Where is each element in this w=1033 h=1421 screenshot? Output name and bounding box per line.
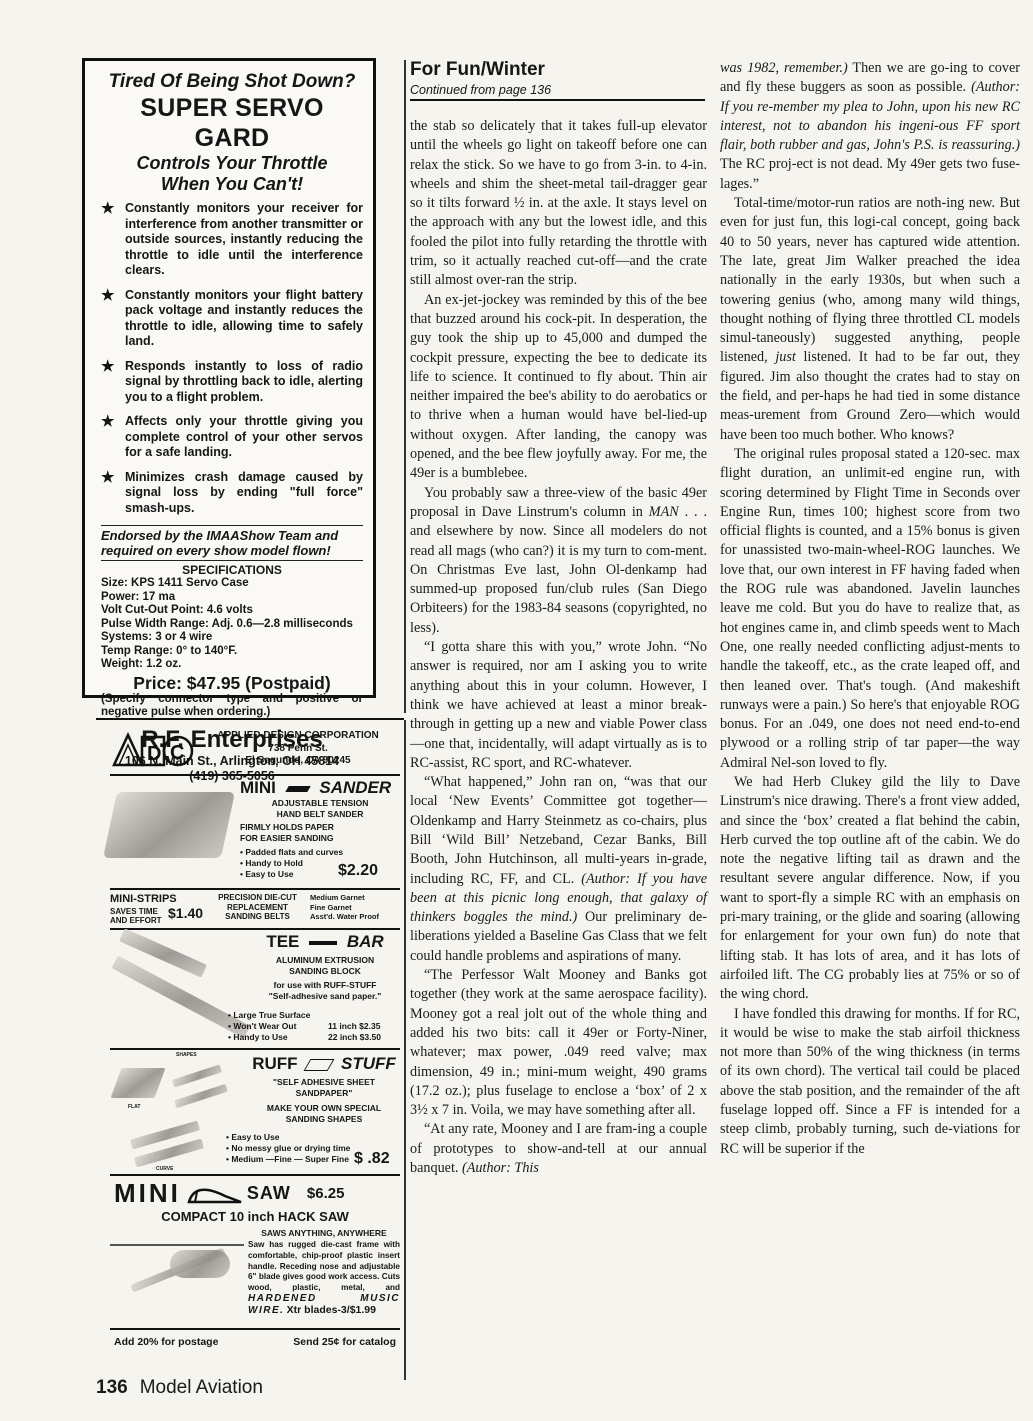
adc-address-block: APPLIED DESIGN CORPORATION 738 Penn St. … bbox=[196, 730, 400, 768]
line: Fine Garnet bbox=[310, 903, 379, 913]
saw-title-row: MINI SAW $6.25 bbox=[114, 1178, 400, 1209]
line: for use with RUFF-STUFF bbox=[250, 980, 400, 991]
feature-text: Minimizes crash damage caused by signal … bbox=[125, 470, 363, 517]
ad-tagline: Tired Of Being Shot Down? bbox=[101, 71, 363, 93]
product-tagline: SAWS ANYTHING, ANYWHERE bbox=[248, 1228, 400, 1238]
product-title: RUFF STUFF bbox=[248, 1054, 400, 1074]
spec-item: Size: KPS 1411 Servo Case bbox=[101, 577, 363, 591]
spec-item: Temp Range: 0° to 140°F. bbox=[101, 645, 363, 659]
line: "SELF ADHESIVE SHEET bbox=[248, 1077, 400, 1088]
spec-item: Systems: 3 or 4 wire bbox=[101, 631, 363, 645]
line: AND EFFORT bbox=[110, 916, 177, 925]
line: Asst'd. Water Proof bbox=[310, 912, 379, 922]
specs-list: Size: KPS 1411 Servo Case Power: 17 ma V… bbox=[101, 577, 363, 672]
size-price: 22 inch $3.50 bbox=[328, 1032, 381, 1043]
ruff-stuff-icon bbox=[304, 1059, 335, 1071]
line: SANDING BELTS bbox=[210, 912, 305, 922]
feature-text: Constantly monitors your flight battery … bbox=[125, 288, 363, 350]
strips-saves: SAVES TIME AND EFFORT bbox=[110, 907, 177, 925]
product-bullets: • Easy to Use • No messy glue or drying … bbox=[226, 1132, 350, 1165]
catalog-note: Send 25¢ for catalog bbox=[293, 1336, 396, 1348]
image-label: SHAPES bbox=[176, 1052, 197, 1058]
text: “I gotta share this with you,” wrote Joh… bbox=[410, 639, 707, 771]
feature-item: ★Responds instantly to loss of radio sig… bbox=[101, 359, 363, 406]
strips-desc: PRECISION DIE-CUT REPLACEMENT SANDING BE… bbox=[210, 893, 305, 922]
article-paragraph: the stab so delicately that it takes ful… bbox=[410, 117, 707, 291]
ad-footer: Add 20% for postage Send 25¢ for catalog bbox=[110, 1330, 400, 1348]
column-divider bbox=[404, 60, 406, 713]
bullet: • Won't Wear Out bbox=[228, 1021, 310, 1032]
article-paragraph: An ex-jet-jockey was reminded by this of… bbox=[410, 291, 707, 484]
ad-subtitle-line: Controls Your Throttle bbox=[101, 153, 363, 174]
product-mini-strips: MINI-STRIPS SAVES TIME AND EFFORT $1.40 … bbox=[110, 890, 400, 928]
article-paragraph: The original rules proposal stated a 120… bbox=[720, 445, 1020, 773]
specs-heading: SPECIFICATIONS bbox=[101, 563, 363, 577]
line: HAND BELT SANDER bbox=[240, 809, 400, 820]
product-ruff-stuff: FLAT SHAPES CURVE RUFF STUFF "SELF ADHES… bbox=[110, 1050, 400, 1174]
endorsement: Endorsed by the IMAAShow Team and requir… bbox=[101, 525, 363, 561]
bullet: • Padded flats and curves bbox=[240, 847, 400, 858]
star-icon: ★ bbox=[101, 470, 125, 517]
spec-item: Pulse Width Range: Adj. 0.6—2.8 millisec… bbox=[101, 618, 363, 632]
bullet: • Handy to Use bbox=[228, 1032, 310, 1043]
text: the stab so delicately that it takes ful… bbox=[410, 118, 707, 288]
page-footer: 136Model Aviation bbox=[96, 1377, 263, 1399]
article-paragraph: “At any rate, Mooney and I are fram-ing … bbox=[410, 1120, 707, 1178]
strips-grades: Medium Garnet Fine Garnet Asst'd. Water … bbox=[310, 893, 379, 922]
product-desc: FIRMLY HOLDS PAPER FOR EASIER SANDING bbox=[240, 822, 400, 844]
product-title: MINI-STRIPS bbox=[110, 893, 177, 905]
product-price: $2.20 bbox=[338, 862, 378, 880]
bullet: • Easy to Use bbox=[226, 1132, 350, 1143]
ad-subtitle-line: When You Can't! bbox=[101, 174, 363, 195]
star-icon: ★ bbox=[101, 288, 125, 350]
text: Total-time/motor-run ratios are noth-ing… bbox=[720, 195, 1020, 365]
line: ALUMINUM EXTRUSION bbox=[250, 955, 400, 966]
ad-super-servo-gard: Tired Of Being Shot Down? SUPER SERVO GA… bbox=[82, 58, 376, 698]
text: “The Perfessor Walt Mooney and Banks got… bbox=[410, 967, 707, 1118]
title-part: SAW bbox=[247, 1183, 291, 1204]
product-subtitle: COMPACT 10 inch HACK SAW bbox=[110, 1209, 400, 1224]
product-make: MAKE YOUR OWN SPECIAL SANDING SHAPES bbox=[248, 1103, 400, 1125]
svg-text:D: D bbox=[147, 743, 161, 765]
feature-text: Responds instantly to loss of radio sign… bbox=[125, 359, 363, 406]
adc-street: 738 Penn St. bbox=[196, 743, 400, 756]
italic-text: was 1982, remember.) bbox=[720, 60, 848, 76]
ad-price: Price: $47.95 (Postpaid) bbox=[101, 673, 363, 693]
blade-price: Xtr blades-3/$1.99 bbox=[287, 1304, 376, 1316]
product-price: $ .82 bbox=[354, 1150, 390, 1168]
product-subtitle: ADJUSTABLE TENSION HAND BELT SANDER bbox=[240, 798, 400, 820]
hacksaw-icon bbox=[185, 1184, 243, 1204]
text: . . . and elsewhere by now. Since all mo… bbox=[410, 504, 707, 636]
article-paragraph: You probably saw a three-view of the bas… bbox=[410, 484, 707, 638]
article-title: For Fun/Winter bbox=[410, 58, 705, 82]
shapes-image bbox=[174, 1084, 228, 1108]
ad-applied-design-corporation: D C APPLIED DESIGN CORPORATION 738 Penn … bbox=[110, 718, 400, 1378]
sander-icon bbox=[285, 786, 310, 792]
article-column-middle: the stab so delicately that it takes ful… bbox=[410, 117, 707, 1178]
feature-item: ★Affects only your throttle giving you c… bbox=[101, 414, 363, 461]
star-icon: ★ bbox=[101, 359, 125, 406]
continued-note: Continued from page 136 bbox=[410, 82, 705, 101]
product-subtitle: ALUMINUM EXTRUSION SANDING BLOCK bbox=[250, 955, 400, 977]
article-paragraph: “I gotta share this with you,” wrote Joh… bbox=[410, 638, 707, 773]
postage-note: Add 20% for postage bbox=[114, 1336, 218, 1348]
title-part: BAR bbox=[347, 932, 384, 951]
line: MAKE YOUR OWN SPECIAL bbox=[248, 1103, 400, 1114]
bullet: • Large True Surface bbox=[228, 1010, 310, 1021]
product-tee-bar: TEE BAR ALUMINUM EXTRUSION SANDING BLOCK… bbox=[110, 930, 400, 1048]
image-label: FLAT bbox=[128, 1104, 140, 1110]
product-subtitle: "SELF ADHESIVE SHEET SANDPAPER" bbox=[248, 1077, 400, 1099]
line: "Self-adhesive sand paper." bbox=[250, 991, 400, 1002]
title-part: MINI bbox=[114, 1178, 181, 1209]
title-part: STUFF bbox=[341, 1054, 396, 1073]
article-paragraph: “The Perfessor Walt Mooney and Banks got… bbox=[410, 966, 707, 1120]
line: ADJUSTABLE TENSION bbox=[240, 798, 400, 809]
line: SANDING BLOCK bbox=[250, 966, 400, 977]
title-part: TEE bbox=[266, 932, 299, 951]
ad-subtitle: Controls Your Throttle When You Can't! bbox=[101, 153, 363, 195]
product-mini-saw: MINI SAW $6.25 COMPACT 10 inch HACK SAW … bbox=[110, 1176, 400, 1328]
text: The original rules proposal stated a 120… bbox=[720, 446, 1020, 771]
text: We had Herb Clukey gild the lily to Dave… bbox=[720, 774, 1020, 1002]
order-note: (Specify connector type and positive or … bbox=[101, 693, 363, 720]
ad-product-name: SUPER SERVO GARD bbox=[101, 93, 363, 153]
desc-text: Saw has rugged die-cast frame with comfo… bbox=[248, 1240, 400, 1292]
feature-text: Affects only your throttle giving you co… bbox=[125, 414, 363, 461]
feature-item: ★Constantly monitors your flight battery… bbox=[101, 288, 363, 350]
shapes-image bbox=[172, 1064, 222, 1087]
product-title: TEE BAR bbox=[250, 932, 400, 952]
sander-image bbox=[103, 792, 235, 858]
feature-text: Constantly monitors your receiver for in… bbox=[125, 201, 363, 279]
text: “At any rate, Mooney and I are fram-ing … bbox=[410, 1121, 707, 1176]
line: FIRMLY HOLDS PAPER bbox=[240, 822, 400, 833]
article-paragraph: Total-time/motor-run ratios are noth-ing… bbox=[720, 194, 1020, 445]
text: An ex-jet-jockey was reminded by this of… bbox=[410, 292, 707, 482]
product-use: for use with RUFF-STUFF "Self-adhesive s… bbox=[250, 980, 400, 1002]
adc-header: D C APPLIED DESIGN CORPORATION 738 Penn … bbox=[110, 720, 400, 774]
article-header: For Fun/Winter Continued from page 136 bbox=[410, 58, 705, 101]
star-icon: ★ bbox=[101, 414, 125, 461]
divider bbox=[110, 1244, 244, 1246]
bullet: • Medium —Fine — Super Fine bbox=[226, 1154, 350, 1165]
product-sizes: 11 inch $2.35 22 inch $3.50 bbox=[328, 1021, 381, 1043]
bullet: • No messy glue or drying time bbox=[226, 1143, 350, 1154]
flat-sheet-image bbox=[111, 1068, 166, 1098]
product-mini-sander: MINI SANDER ADJUSTABLE TENSION HAND BELT… bbox=[110, 776, 400, 888]
article-paragraph: I have fondled this drawing for months. … bbox=[720, 1005, 1020, 1159]
adc-city: El Segundo, CA 90245 bbox=[196, 755, 400, 768]
product-price: $1.40 bbox=[168, 905, 203, 921]
line: PRECISION DIE-CUT bbox=[210, 893, 305, 903]
line: SANDING SHAPES bbox=[248, 1114, 400, 1125]
star-icon: ★ bbox=[101, 201, 125, 279]
title-part: MINI bbox=[240, 778, 276, 797]
size-price: 11 inch $2.35 bbox=[328, 1021, 381, 1032]
italic-text: MAN bbox=[649, 504, 679, 520]
hand-image bbox=[170, 1250, 230, 1278]
italic-text: (Author: This bbox=[462, 1160, 539, 1176]
text: The RC proj-ect is not dead. My 49er get… bbox=[720, 156, 1020, 191]
line: Medium Garnet bbox=[310, 893, 379, 903]
product-title: MINI SANDER bbox=[240, 778, 400, 798]
spec-item: Weight: 1.2 oz. bbox=[101, 658, 363, 672]
saw-description: Saw has rugged die-cast frame with comfo… bbox=[248, 1240, 400, 1317]
line: REPLACEMENT bbox=[210, 903, 305, 913]
product-price: $6.25 bbox=[307, 1185, 345, 1202]
product-bullets: • Large True Surface • Won't Wear Out • … bbox=[228, 1010, 310, 1043]
feature-item: ★Minimizes crash damage caused by signal… bbox=[101, 470, 363, 517]
tee-bar-icon bbox=[309, 941, 337, 945]
text: I have fondled this drawing for months. … bbox=[720, 1006, 1020, 1157]
article-column-right: was 1982, remember.) Then we are go-ing … bbox=[720, 59, 1020, 1159]
line: SANDPAPER" bbox=[248, 1088, 400, 1099]
image-label: CURVE bbox=[156, 1166, 173, 1172]
adc-logo: D C bbox=[110, 729, 196, 769]
article-paragraph: “What happened,” John ran on, “was that … bbox=[410, 773, 707, 966]
title-part: SANDER bbox=[319, 778, 391, 797]
line: SAVES TIME bbox=[110, 907, 177, 916]
italic-text: just bbox=[775, 349, 796, 365]
spec-item: Volt Cut-Out Point: 4.6 volts bbox=[101, 604, 363, 618]
article-paragraph: We had Herb Clukey gild the lily to Dave… bbox=[720, 773, 1020, 1005]
adc-company: APPLIED DESIGN CORPORATION bbox=[196, 730, 400, 743]
magazine-name: Model Aviation bbox=[140, 1377, 263, 1398]
spec-item: Power: 17 ma bbox=[101, 591, 363, 605]
svg-text:C: C bbox=[170, 742, 184, 764]
article-paragraph: was 1982, remember.) Then we are go-ing … bbox=[720, 59, 1020, 194]
feature-item: ★Constantly monitors your receiver for i… bbox=[101, 201, 363, 279]
page-number: 136 bbox=[96, 1377, 128, 1398]
feature-list: ★Constantly monitors your receiver for i… bbox=[101, 201, 363, 516]
column-divider bbox=[404, 720, 406, 1380]
title-part: RUFF bbox=[252, 1054, 297, 1073]
adc-logo-icon: D C bbox=[110, 729, 196, 769]
line: FOR EASIER SANDING bbox=[240, 833, 400, 844]
